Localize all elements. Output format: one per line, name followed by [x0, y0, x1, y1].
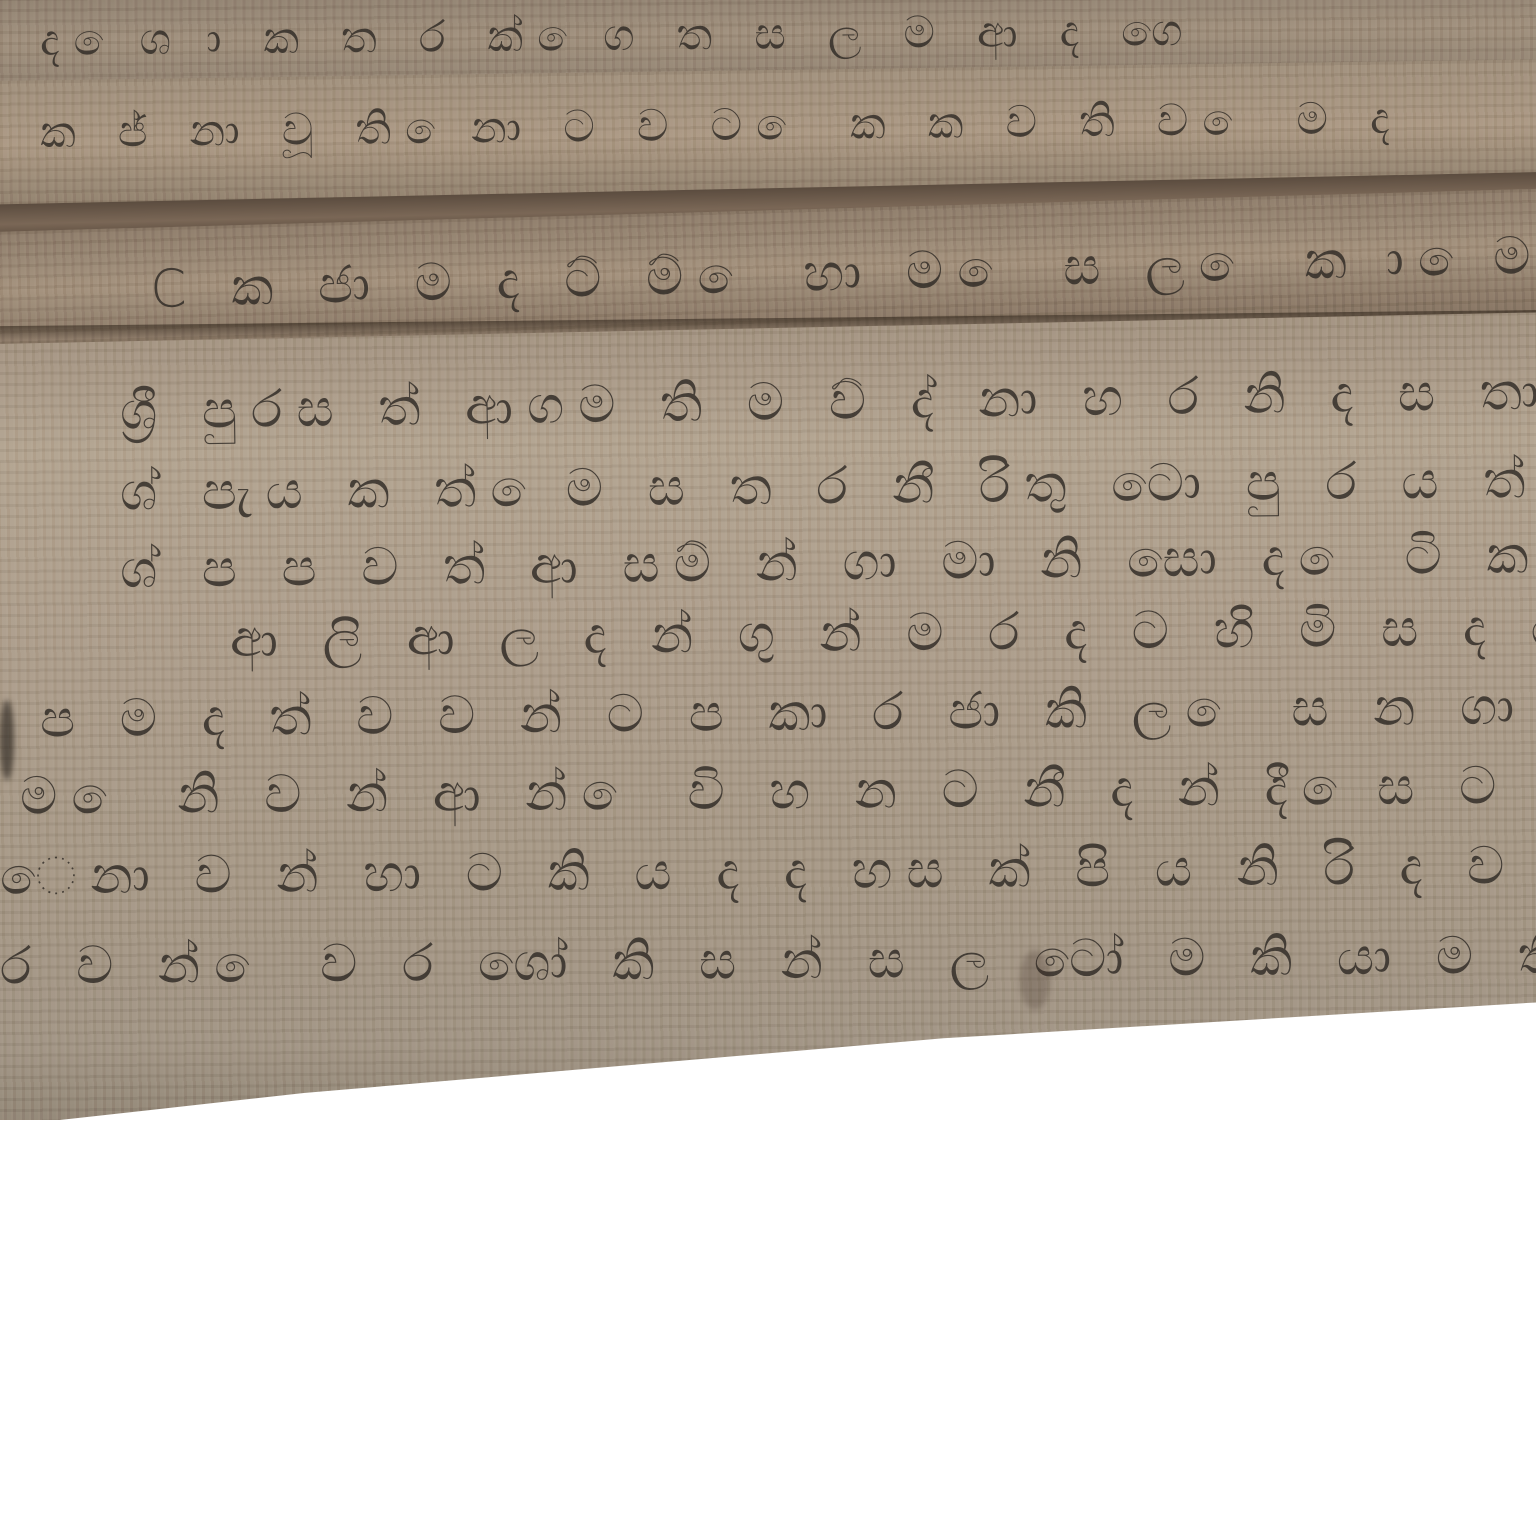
manuscript-photo: ද ෙශ ා ක ත ර ක් ෙග ත ස ල ම ආ ද ගෙ ක ජ් න… [0, 0, 1536, 1120]
text-line-7: ෙනා ව න් හා ට කි ය ද ද හස ක් පි ය නි රි … [0, 833, 1536, 908]
text-line-6: ම ෙ නි ව න් ආ න් ෙ වි හ න ට නී ද න් දී ෙ… [20, 753, 1536, 827]
left-edge-dark [0, 700, 14, 780]
text-line-8: ර ව න් ෙ ව ර ශෝ කි ස න් ස ල ටෝ ම කි යා ම… [0, 923, 1536, 997]
back-text-line-1: ද ෙශ ා ක ත ර ක් ෙග ත ස ල ම ආ ද ගෙ [40, 5, 1197, 66]
ink-stain [1020, 950, 1050, 1010]
